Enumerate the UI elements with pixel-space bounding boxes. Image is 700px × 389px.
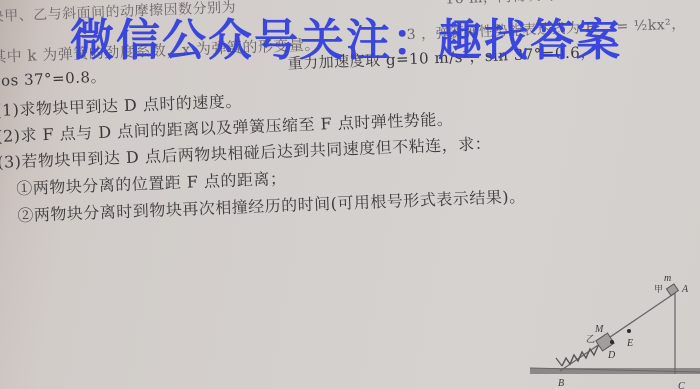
block-jia [666, 284, 678, 296]
question-2-label: (2) [0, 126, 21, 146]
energy-formula: = ½kx²， [616, 13, 686, 36]
point-d [610, 340, 614, 344]
label-mass-big-m: M [594, 324, 604, 335]
watermark-text: 微信公众号关注：趣找答案 [70, 4, 622, 68]
incline-diagram: A B C D E m M 甲 乙 [530, 262, 700, 389]
label-c: C [678, 381, 685, 389]
label-d: D [607, 350, 616, 361]
question-1-label: (1) [0, 100, 20, 120]
sub-question-2-label: ② [17, 206, 34, 226]
question-3-label: (3) [0, 152, 22, 172]
label-e: E [626, 338, 633, 349]
sub-question-1-label: ① [16, 179, 33, 199]
label-a: A [681, 284, 689, 295]
label-yi: 乙 [586, 334, 595, 345]
label-mass-m: m [664, 273, 671, 284]
cos-value: cos 37°=0.8。 [0, 66, 106, 91]
point-e [627, 329, 631, 333]
label-jia: 甲 [654, 284, 663, 295]
sub-question-1-text: 两物块分离的位置距 F 点的距离； [32, 169, 286, 198]
label-b: B [558, 378, 564, 389]
